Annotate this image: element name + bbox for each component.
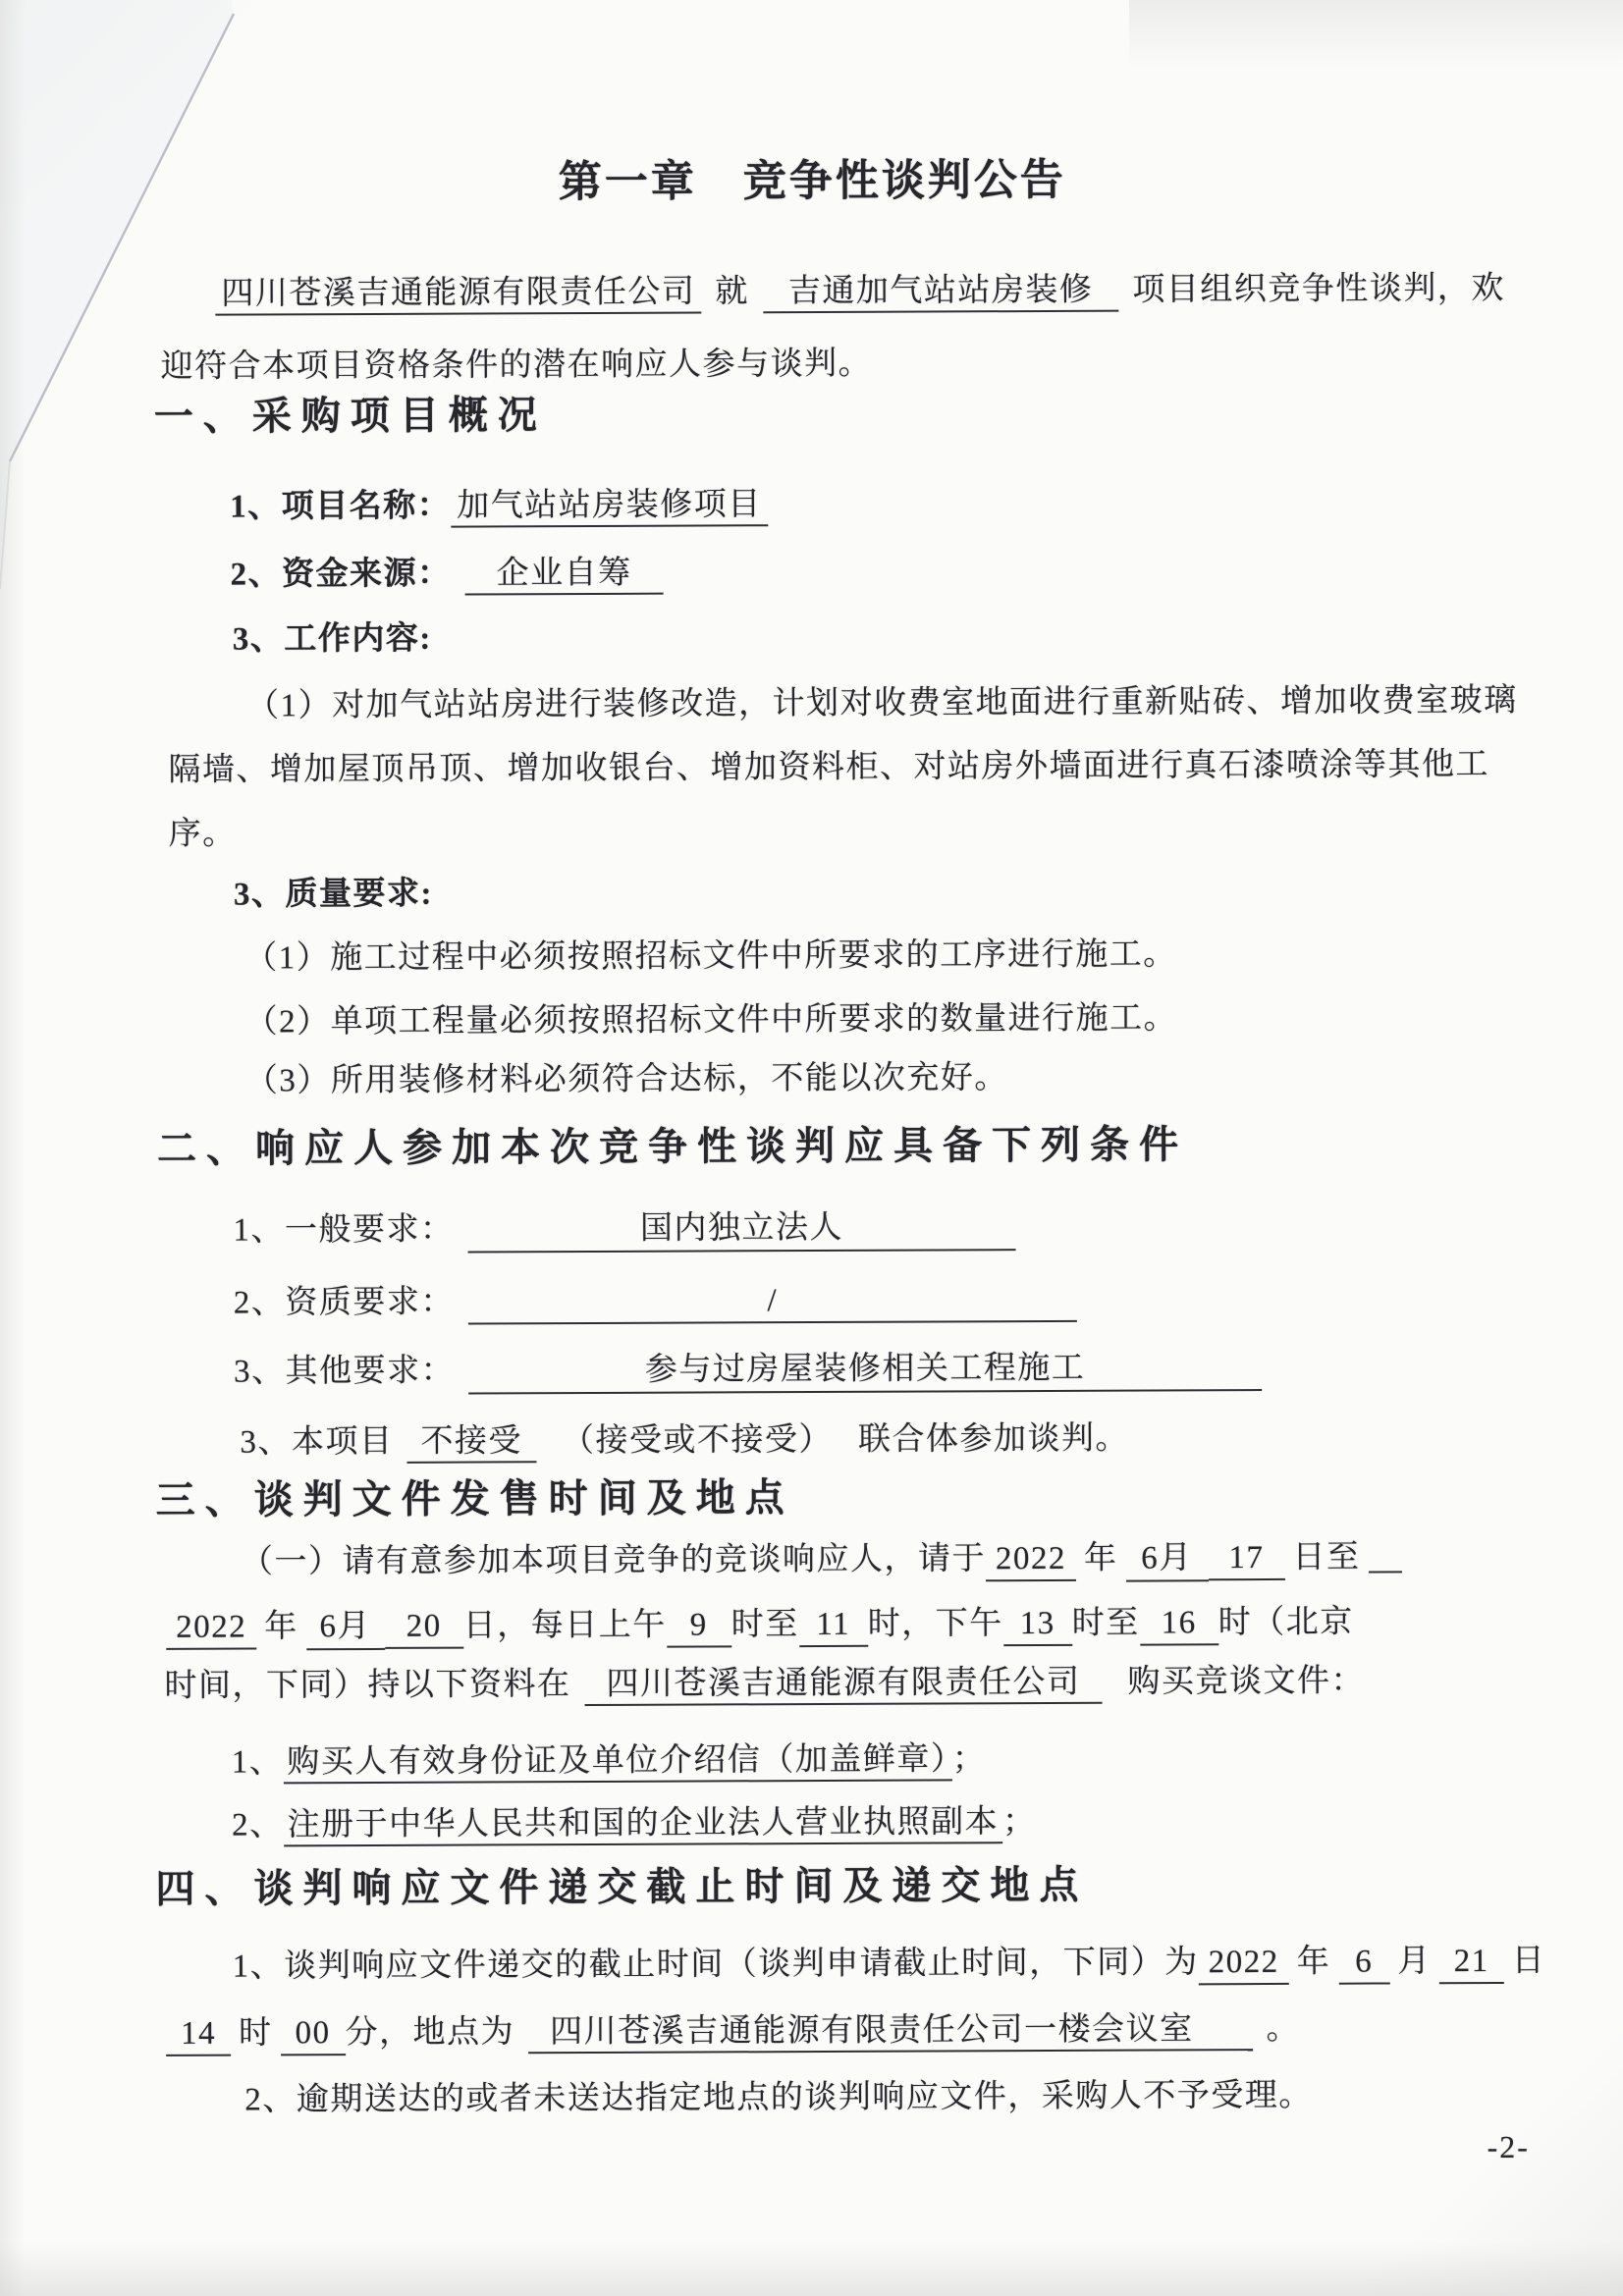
sale-pm-from: 13 bbox=[1003, 1606, 1072, 1646]
quality-requirements-label: 3、质量要求: bbox=[234, 868, 433, 915]
late-delivery-paragraph: 2、逾期送达的或者未送达指定地点的谈判响应文件，采购人不予受理。 bbox=[244, 2069, 1313, 2120]
sale-am-to: 11 bbox=[799, 1607, 868, 1647]
item-work-content: 3、工作内容: bbox=[233, 613, 432, 660]
joint-venture-value: 不接受 bbox=[406, 1423, 536, 1464]
purchase-doc-item-2: 2、注册于中华人民共和国的企业法人营业执照副本； bbox=[232, 1795, 1037, 1845]
joint-venture-suffix: 联合体参加谈判。 bbox=[858, 1421, 1129, 1458]
quality-item-3: （3）所用装修材料必须符合达标，不能以次充好。 bbox=[245, 1051, 1008, 1100]
work-paragraph-line-1: （1）对加气站站房进行装修改造，计划对收费室地面进行重新贴砖、增加收费室玻璃 bbox=[246, 674, 1518, 726]
section-2-heading: 二、响应人参加本次竞争性谈判应具备下列条件 bbox=[157, 1113, 1188, 1174]
sale-line2-seg1: 日，每日上午 bbox=[463, 1608, 667, 1644]
item-fund-source-value: 企业自筹 bbox=[464, 556, 663, 596]
purchase-doc-item-2-text: 注册于中华人民共和国的企业法人营业执照副本 bbox=[284, 1804, 1003, 1846]
sale-line2-tail: 时（北京 bbox=[1218, 1605, 1354, 1641]
sale-line2-seg2: 时至 bbox=[731, 1607, 799, 1642]
requirement-qualification-label: 2、资质要求： bbox=[234, 1285, 455, 1321]
sale-line1-tail: 日至 bbox=[1292, 1540, 1360, 1575]
requirement-other: 3、其他要求：参与过房屋装修相关工程施工 bbox=[234, 1341, 1262, 1396]
joint-venture-line: 3、本项目不接受（接受或不接受）联合体参加谈判。 bbox=[240, 1413, 1129, 1463]
deadline-prefix: 1、谈判响应文件递交的截止时间（谈判申请截止时间，下同）为 bbox=[233, 1945, 1199, 1984]
deadline-line-2: 14时00分，地点为四川苍溪吉通能源有限责任公司一楼会议室。 bbox=[166, 2002, 1300, 2056]
requirement-general-label: 1、一般要求： bbox=[233, 1212, 454, 1249]
section-4-heading: 四、谈判响应文件递交截止时间及递交地点 bbox=[155, 1854, 1088, 1914]
submission-venue: 四川苍溪吉通能源有限责任公司一楼会议室 bbox=[528, 2011, 1253, 2054]
chapter-title: 第一章 竞争性谈判公告 bbox=[1, 141, 1623, 211]
purchase-doc-item-2-punct: ； bbox=[1002, 1804, 1037, 1840]
document-content: 第一章 竞争性谈判公告 四川苍溪吉通能源有限责任公司就吉通加气站站房装修项目组织… bbox=[0, 0, 1623, 2296]
deadline-hour-unit: 时 bbox=[239, 2015, 273, 2051]
deadline-year-unit: 年 bbox=[1297, 1945, 1331, 1980]
sale-start-year: 2022 bbox=[986, 1541, 1076, 1581]
section-1-heading: 一、采购项目概况 bbox=[154, 384, 547, 442]
sale-start-month: 6月 bbox=[1125, 1531, 1208, 1581]
sale-end-month: 6月 bbox=[306, 1600, 385, 1650]
deadline-day: 21 bbox=[1439, 1944, 1504, 1984]
requirement-other-label: 3、其他要求： bbox=[234, 1354, 455, 1390]
section-3-heading: 三、谈判文件发售时间及地点 bbox=[156, 1467, 794, 1525]
intro-conjunction: 就 bbox=[715, 274, 749, 309]
deadline-day-unit: 日 bbox=[1512, 1944, 1546, 1979]
deadline-hour: 14 bbox=[166, 2016, 231, 2056]
sale-pm-to: 16 bbox=[1140, 1605, 1218, 1645]
deadline-month-unit: 月 bbox=[1397, 1944, 1432, 1979]
joint-venture-middle: （接受或不接受） bbox=[562, 1422, 833, 1459]
deadline-line2-tail: 。 bbox=[1266, 2011, 1300, 2047]
sale-time-line-3: 时间，下同）持以下资料在四川苍溪吉通能源有限责任公司购买竞谈文件： bbox=[164, 1655, 1365, 1706]
work-paragraph-line-3: 序。 bbox=[169, 808, 237, 854]
year-unit-2: 年 bbox=[264, 1609, 298, 1644]
purchase-doc-item-1-punct: ； bbox=[952, 1741, 987, 1777]
item-fund-source: 2、资金来源：企业自筹 bbox=[230, 547, 663, 595]
sale-line1-prefix: （一）请有意参加本项目竞争的竞谈响应人，请于 bbox=[241, 1541, 986, 1579]
item-fund-source-label: 2、资金来源： bbox=[230, 557, 451, 593]
item-work-content-label: 3、工作内容: bbox=[233, 621, 432, 658]
quality-item-2: （2）单项工程量必须按照招标文件中所要求的数量进行施工。 bbox=[244, 991, 1177, 1041]
sale-time-line-1: （一）请有意参加本项目竞争的竞谈响应人，请于2022年6月17日至 bbox=[241, 1530, 1402, 1585]
buyer-name: 四川苍溪吉通能源有限责任公司 bbox=[215, 275, 701, 316]
deadline-month: 6 bbox=[1338, 1944, 1389, 1984]
joint-venture-prefix: 3、本项目 bbox=[240, 1424, 393, 1461]
work-paragraph-line-2: 隔墙、增加屋顶吊顶、增加收银台、增加资料柜、对站房外墙面进行真石漆喷涂等其他工 bbox=[168, 738, 1489, 790]
scanned-document-page: 第一章 竞争性谈判公告 四川苍溪吉通能源有限责任公司就吉通加气站站房装修项目组织… bbox=[0, 0, 1623, 2296]
sale-line1-trailing-blank bbox=[1368, 1535, 1401, 1573]
year-unit-1: 年 bbox=[1084, 1541, 1118, 1576]
requirement-qualification-value: / bbox=[468, 1282, 1077, 1325]
purchase-doc-item-1: 1、购买人有效身份证及单位介绍信（加盖鲜章）； bbox=[232, 1733, 987, 1782]
sale-line3-suffix: 购买竞谈文件： bbox=[1127, 1664, 1365, 1700]
intro-line-1: 四川苍溪吉通能源有限责任公司就吉通加气站站房装修项目组织竞争性谈判，欢 bbox=[215, 262, 1505, 314]
sale-line3-prefix: 时间，下同）持以下资料在 bbox=[164, 1667, 570, 1704]
sale-end-day: 20 bbox=[385, 1609, 463, 1649]
item-project-name-label: 1、项目名称： bbox=[230, 489, 451, 525]
sale-end-year: 2022 bbox=[166, 1609, 256, 1649]
sale-place: 四川苍溪吉通能源有限责任公司 bbox=[584, 1665, 1102, 1706]
requirement-general: 1、一般要求：国内独立法人 bbox=[233, 1201, 1015, 1254]
purchase-doc-item-2-no: 2、 bbox=[232, 1807, 284, 1842]
sale-line2-seg4: 时至 bbox=[1072, 1606, 1140, 1641]
sale-start-day: 17 bbox=[1208, 1540, 1284, 1580]
page-number: -2- bbox=[1487, 2129, 1529, 2165]
requirement-general-value: 国内独立法人 bbox=[467, 1201, 1015, 1253]
quality-item-1: （1）施工过程中必须按照招标文件中所要求的工序进行施工。 bbox=[244, 928, 1177, 978]
intro-line-2: 迎符合本项目资格条件的潜在响应人参与谈判。 bbox=[161, 338, 873, 387]
deadline-line2-seg: 分，地点为 bbox=[345, 2014, 514, 2051]
item-project-name: 1、项目名称：加气站站房装修项目 bbox=[230, 478, 768, 526]
intro-line-1-tail: 项目组织竞争性谈判，欢 bbox=[1132, 271, 1505, 308]
requirement-other-value: 参与过房屋装修相关工程施工 bbox=[468, 1341, 1262, 1395]
sale-time-line-2: 2022年6月20日，每日上午9时至11时，下午13时至16时（北京 bbox=[166, 1596, 1354, 1651]
sale-line2-seg3: 时，下午 bbox=[868, 1606, 1003, 1642]
purchase-doc-item-1-text: 购买人有效身份证及单位介绍信（加盖鲜章） bbox=[283, 1741, 952, 1784]
sale-am-from: 9 bbox=[667, 1607, 731, 1647]
deadline-year: 2022 bbox=[1199, 1945, 1289, 1985]
deadline-line-1: 1、谈判响应文件递交的截止时间（谈判申请截止时间，下同）为2022年6月21日 bbox=[233, 1935, 1554, 1990]
project-name: 吉通加气站站房装修 bbox=[763, 273, 1119, 314]
item-project-name-value: 加气站站房装修项目 bbox=[451, 487, 768, 527]
requirement-qualification: 2、资质要求：/ bbox=[234, 1273, 1077, 1326]
purchase-doc-item-1-no: 1、 bbox=[232, 1744, 284, 1780]
deadline-minute: 00 bbox=[280, 2015, 345, 2056]
